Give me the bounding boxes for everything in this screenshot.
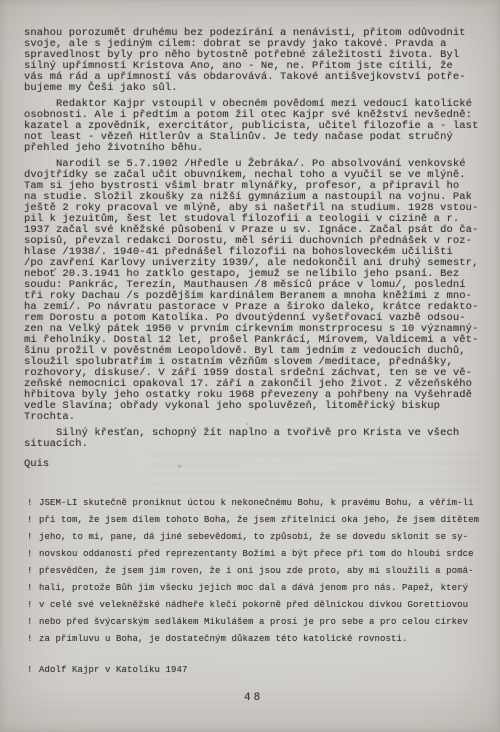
- quote-block: ! JSEM-LI skutečně proniknut úctou k nek…: [24, 495, 486, 679]
- quote-text: jeho, to mi, pane, dá jiné sebevědomí, t…: [39, 529, 468, 546]
- quote-line: ! nebo před švýcarským sedlákem Mikuláše…: [24, 614, 486, 631]
- quote-marker: !: [24, 631, 39, 648]
- quote-line: ! při tom, že jsem dílem tohoto Boha, že…: [24, 512, 486, 529]
- quote-text: přesvědčen, že jsem jim roven, že i oni …: [39, 563, 474, 580]
- paper-speck: [246, 423, 248, 425]
- page-number: 48: [244, 692, 263, 704]
- quote-line: ! za přímluvu u Boha, je dostatečným důk…: [24, 631, 486, 648]
- quote-marker: !: [24, 546, 39, 563]
- quote-line: ! přesvědčen, že jsem jim roven, že i on…: [24, 563, 486, 580]
- quote-text: hali, protože Bůh jim všecku jejich moc …: [39, 580, 468, 597]
- quote-text: novskou oddaností před reprezentanty Bož…: [39, 546, 474, 563]
- quote-attribution: Adolf Kajpr v Katolíku 1947: [39, 662, 188, 679]
- author-signature: Quis: [24, 459, 486, 470]
- scanned-document-page: snahou porozumět druhému bez podezírání …: [0, 0, 500, 732]
- quote-marker: !: [24, 512, 39, 529]
- quote-line: ! v celé své velekněžské nádheře klečí p…: [24, 597, 486, 614]
- quote-marker: !: [24, 662, 39, 679]
- paragraph-1: snahou porozumět druhému bez podezírání …: [24, 28, 486, 94]
- document-text: snahou porozumět druhému bez podezírání …: [24, 28, 486, 679]
- paper-speck: [178, 465, 181, 468]
- quote-marker: !: [24, 563, 39, 580]
- quote-attribution-line: ! Adolf Kajpr v Katolíku 1947: [24, 662, 486, 679]
- paragraph-4: Silný křesťan, schopný žít naplno a tvoř…: [24, 428, 486, 450]
- quote-text: nebo před švýcarským sedlákem Mikulášem …: [39, 614, 468, 631]
- quote-text: v celé své velekněžské nádheře klečí pok…: [39, 597, 468, 614]
- paragraph-2: Redaktor Kajpr vstoupil v obecném povědo…: [24, 99, 486, 154]
- quote-text: při tom, že jsem dílem tohoto Boha, že j…: [39, 512, 479, 529]
- quote-line: ! JSEM-LI skutečně proniknut úctou k nek…: [24, 495, 486, 512]
- quote-marker: !: [24, 614, 39, 631]
- quote-text: za přímluvu u Boha, je dostatečným důkaz…: [39, 631, 408, 648]
- quote-line: ! novskou oddaností před reprezentanty B…: [24, 546, 486, 563]
- quote-marker: !: [24, 580, 39, 597]
- quote-marker: !: [24, 597, 39, 614]
- quote-marker: !: [24, 529, 39, 546]
- quote-line: ! hali, protože Bůh jim všecku jejich mo…: [24, 580, 486, 597]
- quote-line: ! jeho, to mi, pane, dá jiné sebevědomí,…: [24, 529, 486, 546]
- quote-text: JSEM-LI skutečně proniknut úctou k nekon…: [39, 495, 474, 512]
- paragraph-3: Narodil se 5.7.1902 /Hředle u Žebráka/. …: [24, 159, 486, 423]
- quote-marker: !: [24, 495, 39, 512]
